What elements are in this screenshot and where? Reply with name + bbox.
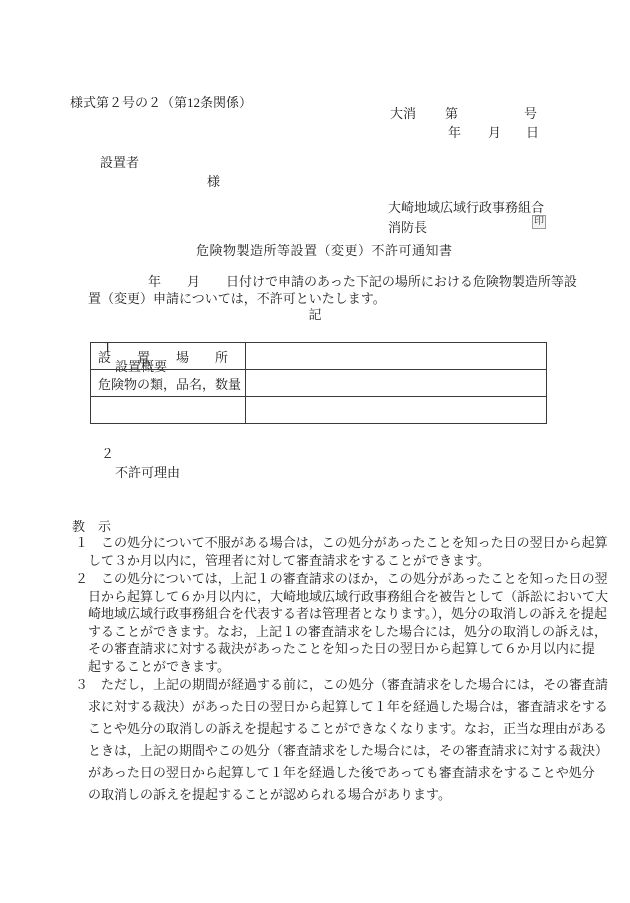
- instruction-item-1: １ この処分について不服がある場合は，この処分があったことを知った日の翌日から起…: [0, 534, 630, 569]
- instruction-line: 日から起算して６か月以内に，大崎地域広域行政事務組合を被告として（訴訟において大: [88, 588, 630, 606]
- table-row: [91, 397, 547, 424]
- instruction-line: することができます。なお，上記１の審査請求をした場合には，処分の取消しの訴えは，: [88, 623, 630, 641]
- row-value-location: [246, 343, 547, 370]
- addressee-label: 設置者: [100, 152, 139, 171]
- table-row: 設 置 場 所: [91, 343, 547, 370]
- instruction-line: ２ この処分については，上記１の審査請求のほか，この処分があったことを知った日の…: [75, 570, 630, 588]
- instruction-item-2: ２ この処分については，上記１の審査請求のほか，この処分があったことを知った日の…: [0, 570, 630, 675]
- row-label-location: 設 置 場 所: [91, 343, 246, 370]
- instruction-line: して３か月以内に，管理者に対して審査請求をすることができます。: [88, 552, 630, 570]
- instruction-heading: 教 示: [72, 516, 111, 535]
- instruction-line: の取消しの訴えを提起することが認められる場合があります。: [88, 784, 630, 806]
- row-label-blank: [91, 397, 246, 424]
- date-month-label: 月: [488, 122, 501, 141]
- section2-heading: ２ 不許可理由: [88, 427, 180, 497]
- table-row: 危険物の類，品名，数量: [91, 370, 547, 397]
- addressee-honorific: 様: [207, 171, 220, 190]
- instruction-line: ３ ただし，上記の期間が経過する前に，この処分（審査請求をした場合には，その審査…: [75, 674, 630, 696]
- instruction-line: １ この処分について不服がある場合は，この処分があったことを知った日の翌日から起…: [75, 534, 630, 552]
- section2-number: ２: [101, 443, 114, 462]
- issuer-organization: 大崎地域広域行政事務組合: [388, 197, 544, 216]
- overview-table: 設 置 場 所 危険物の類，品名，数量: [90, 342, 547, 424]
- instruction-line: 起することができます。: [88, 658, 630, 676]
- date-day-label: 日: [526, 122, 539, 141]
- doc-ref-number-prefix: 第: [445, 103, 458, 122]
- date-year-label: 年: [448, 122, 461, 141]
- seal-mark: 印: [532, 215, 546, 229]
- instruction-line: ことや処分の取消しの訴えを提起することができなくなります。なお，正当な理由がある: [88, 718, 630, 740]
- row-label-hazmat: 危険物の類，品名，数量: [91, 370, 246, 397]
- instruction-item-3: ３ ただし，上記の期間が経過する前に，この処分（審査請求をした場合には，その審査…: [0, 674, 630, 806]
- instruction-line: 求に対する裁決）があった日の翌日から起算して１年を経過した場合は，審査請求をする: [88, 696, 630, 718]
- instruction-line: があった日の翌日から起算して１年を経過した後であっても審査請求をすることや処分: [88, 762, 630, 784]
- issuer-title: 消防長: [388, 217, 427, 236]
- doc-ref-number-suffix: 号: [524, 103, 537, 122]
- instruction-line: その審査請求に対する裁決があったことを知った日の翌日から起算して６か月以内に提: [88, 640, 630, 658]
- row-value-hazmat: [246, 370, 547, 397]
- section2-label: 不許可理由: [115, 462, 180, 481]
- doc-ref-org-abbr: 大消: [390, 103, 416, 122]
- form-number: 様式第２号の２（第12条関係）: [70, 92, 252, 111]
- row-value-blank: [246, 397, 547, 424]
- instruction-line: 崎地域広域行政事務組合を代表する者は管理者となります。），処分の取消しの訴えを提…: [88, 605, 630, 623]
- document-title: 危険物製造所等設置（変更）不許可通知書: [196, 240, 453, 259]
- instruction-line: ときは，上記の期間やこの処分（審査請求をした場合には，その審査請求に対する裁決）: [88, 740, 630, 762]
- document-page: 様式第２号の２（第12条関係） 大消 第 号 年 月 日 設置者 様 大崎地域広…: [0, 0, 630, 903]
